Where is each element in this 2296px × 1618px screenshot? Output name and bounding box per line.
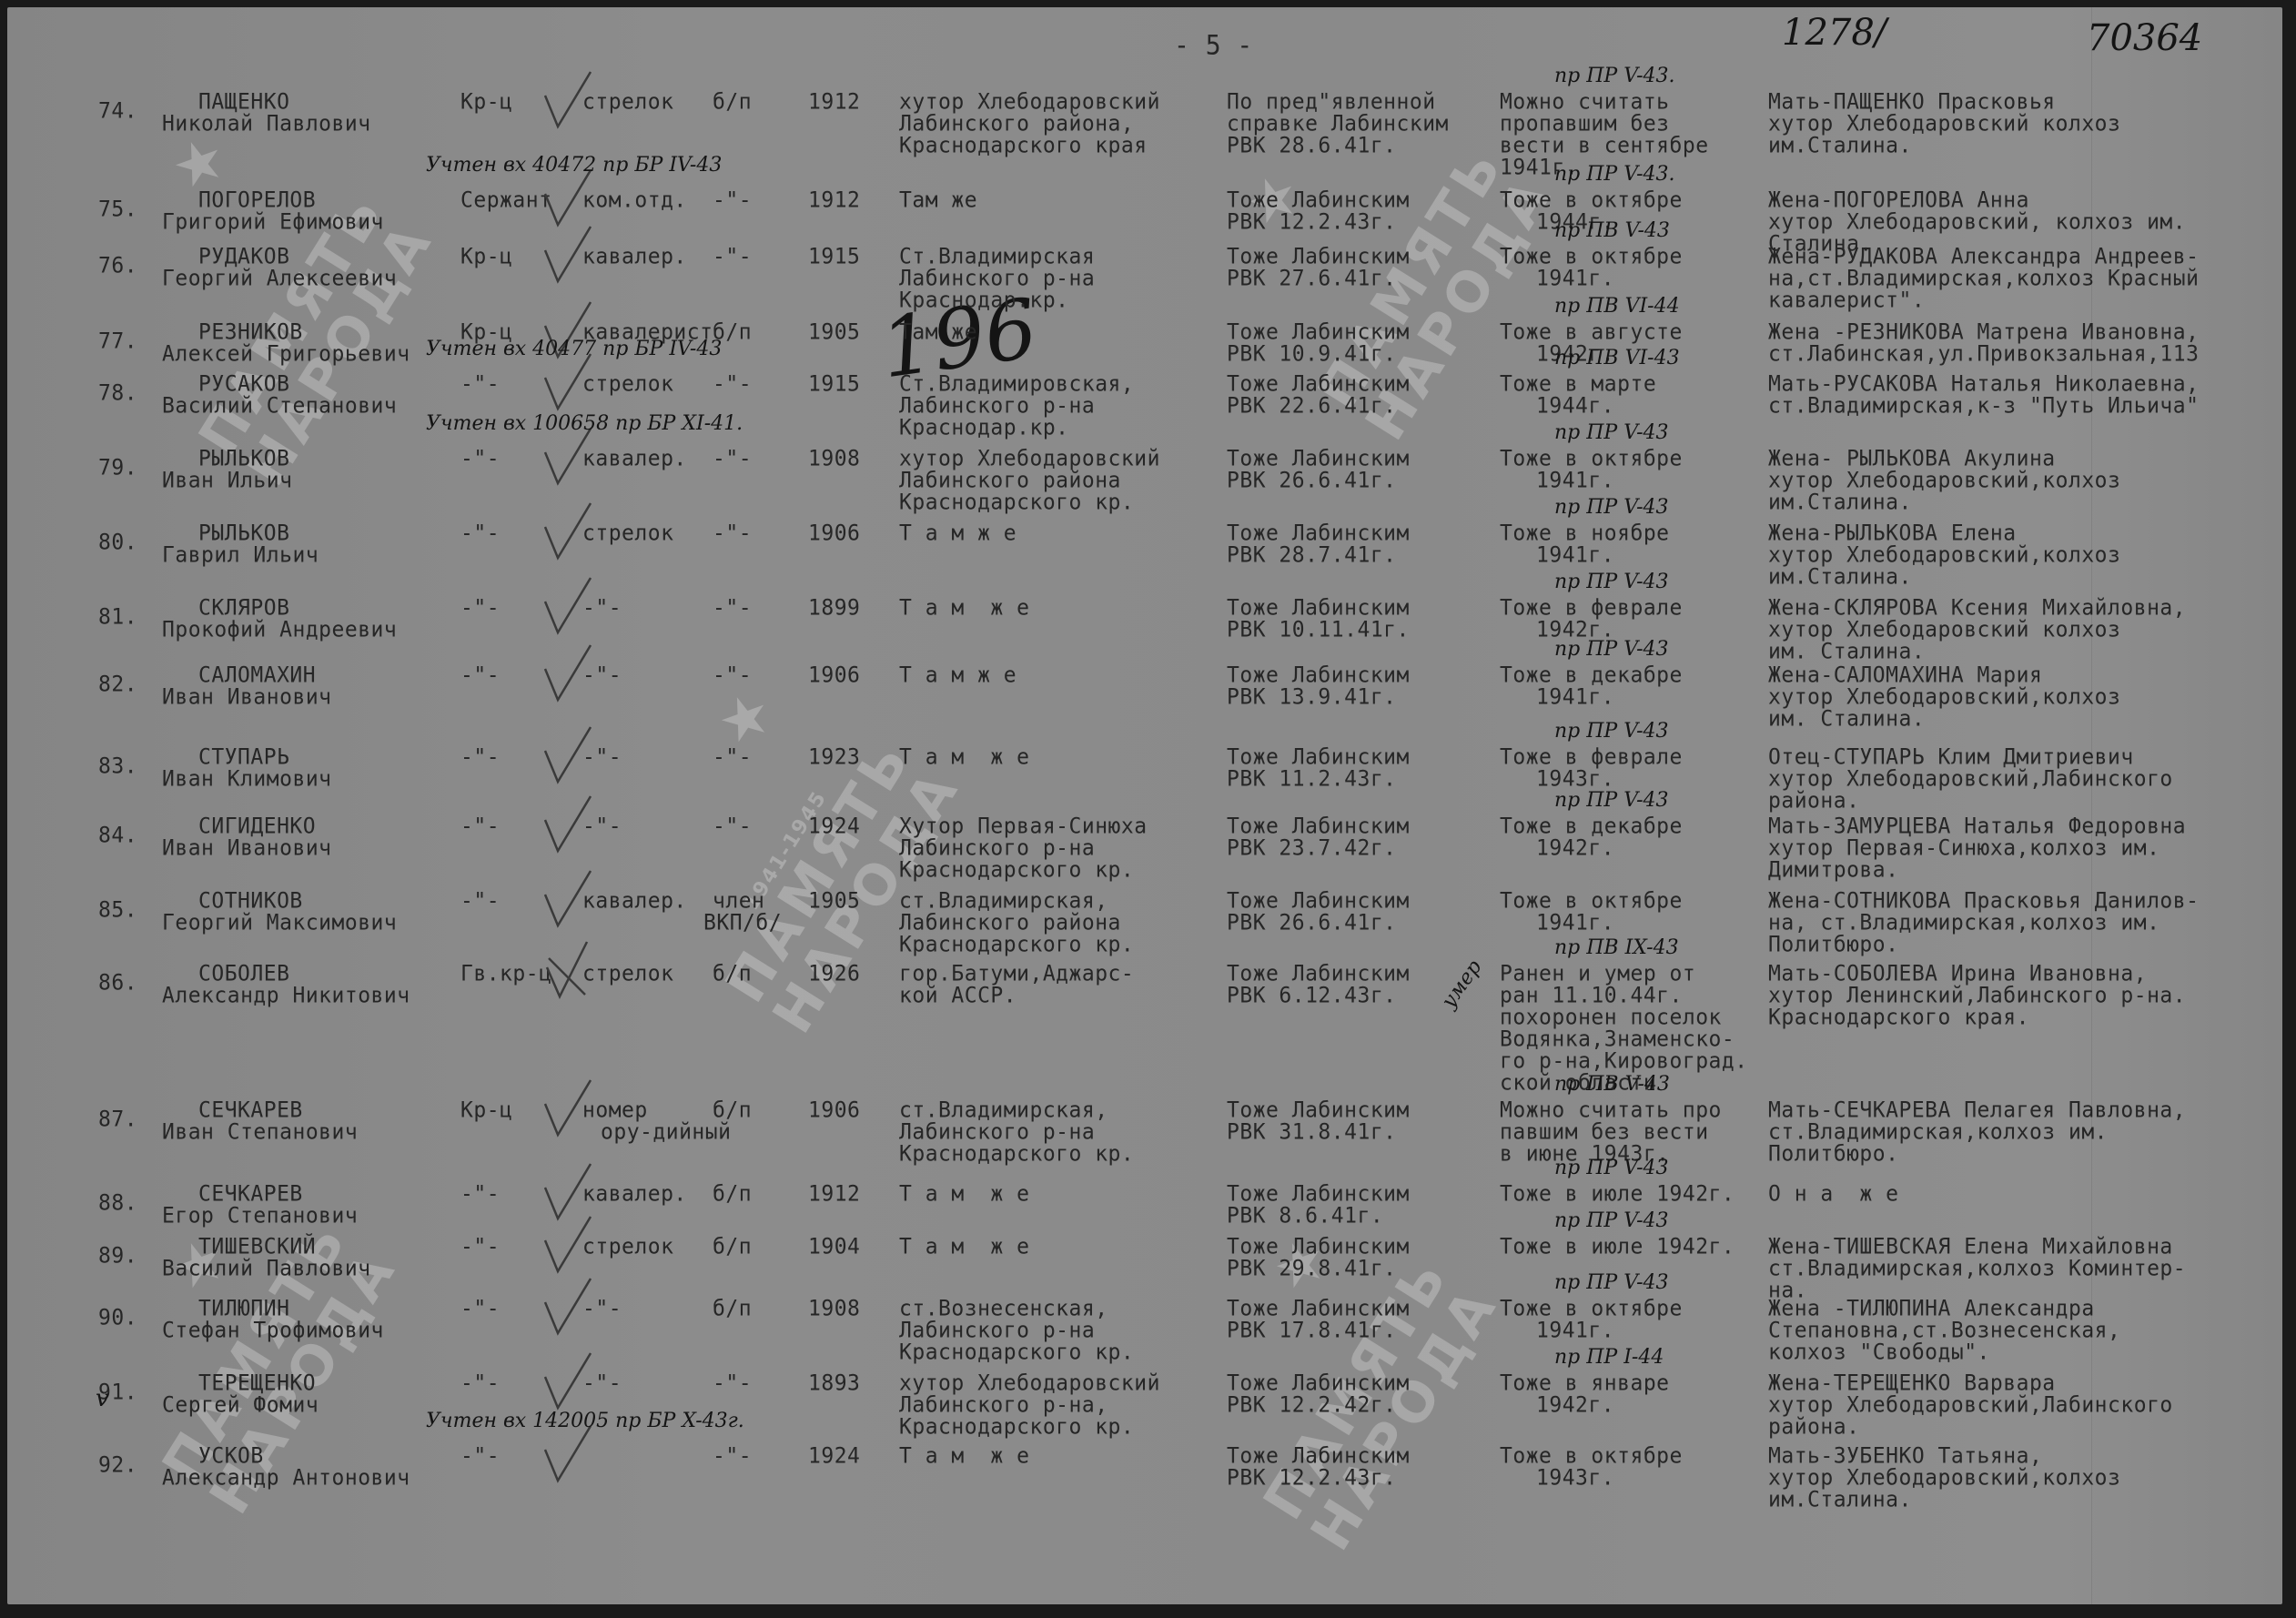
first-name-patronymic: Гаврил Ильич <box>162 543 319 566</box>
fate-line: Тоже в марте <box>1500 372 1656 395</box>
first-name-patronymic: Иван Ильич <box>162 469 292 491</box>
relative-line: Краснодарского края. <box>1768 1006 2029 1028</box>
position: кавалер. <box>582 1182 687 1205</box>
relative-line: Степановна,ст.Вознесенская, <box>1768 1319 2120 1341</box>
row-note: Учтен вх 100658 пр БР XI-41. <box>426 411 743 437</box>
birth-year: 1906 <box>808 521 860 544</box>
position: номер <box>582 1098 648 1121</box>
row-number: 83. <box>98 754 137 777</box>
rank: -"- <box>460 447 500 470</box>
drafted-line: Тоже Лабинским <box>1227 521 1410 544</box>
party: -"- <box>713 1444 752 1467</box>
relative-line: им. Сталина. <box>1768 707 1925 730</box>
relative-line: хутор Первая-Синюха,колхоз им. <box>1768 836 2159 859</box>
party-cont: ВКП/б/ <box>703 911 782 934</box>
drafted-line: справке Лабинским <box>1227 112 1449 135</box>
drafted-line: РВК 23.7.42г. <box>1227 836 1397 859</box>
birthplace-line: Хутор Первая-Синюха <box>899 814 1148 837</box>
first-name-patronymic: Георгий Максимович <box>162 911 397 934</box>
surname: РЫЛЬКОВ <box>198 521 289 544</box>
birth-year: 1893 <box>808 1371 860 1394</box>
birthplace-line: Т а м ж е <box>899 1182 1029 1205</box>
fate-line: 1941г. <box>1536 469 1614 491</box>
drafted-line: РВК 10.9.41г. <box>1227 342 1397 365</box>
relative-line: хутор Хлебодаровский колхоз <box>1768 112 2120 135</box>
row-number: 89. <box>98 1244 137 1267</box>
birth-year: 1899 <box>808 596 860 619</box>
row-number: 78. <box>98 381 137 404</box>
drafted-line: РВК 8.6.41г. <box>1227 1204 1383 1227</box>
relative-line: им.Сталина. <box>1768 134 1912 157</box>
relative-line: Мать-ПАЩЕНКО Прасковья <box>1768 90 2056 113</box>
surname: ТИЛЮПИН <box>198 1297 289 1320</box>
drafted-line: РВК 28.6.41г. <box>1227 134 1397 157</box>
relative-line: района. <box>1768 789 1859 812</box>
fate-line: похоронен поселок <box>1500 1006 1722 1028</box>
birthplace-line: гор.Батуми,Аджарс- <box>899 962 1134 985</box>
birthplace-line: Краснодарского кр. <box>899 490 1134 513</box>
drafted-line: Тоже Лабинским <box>1227 372 1410 395</box>
party: б/п <box>713 1235 752 1258</box>
relative-line: хутор Хлебодаровский,колхоз <box>1768 685 2120 708</box>
relative-line: Жена-РУДАКОВА Александра Андреев- <box>1768 245 2199 268</box>
rank: -"- <box>460 1235 500 1258</box>
relative-line: хутор Хлебодаровский колхоз <box>1768 618 2120 641</box>
drafted-line: Тоже Лабинским <box>1227 962 1410 985</box>
row-number: 81. <box>98 605 137 628</box>
fate-note: пр ПР V-43 <box>1554 1270 1669 1296</box>
fate-line: Тоже в октябре <box>1500 245 1683 268</box>
fate-line: 1941г. <box>1536 543 1614 566</box>
fate-line: Тоже в августе <box>1500 320 1683 343</box>
surname: ТИШЕВСКИЙ <box>198 1235 316 1258</box>
fate-line: Тоже в октябре <box>1500 188 1683 211</box>
row-number: 92. <box>98 1453 137 1476</box>
drafted-line: Тоже Лабинским <box>1227 889 1410 912</box>
relative-line: хутор Ленинский,Лабинского р-на. <box>1768 984 2186 1006</box>
party: -"- <box>713 663 752 686</box>
birthplace-line: ст.Владимирская, <box>899 1098 1108 1121</box>
fate-note: пр ПР V-43 <box>1554 1208 1669 1234</box>
birth-year: 1906 <box>808 663 860 686</box>
rank: -"- <box>460 1297 500 1320</box>
surname: СОТНИКОВ <box>198 889 303 912</box>
drafted-line: Тоже Лабинским <box>1227 1098 1410 1121</box>
drafted-line: РВК 22.6.41г. <box>1227 394 1397 417</box>
fate-line: Тоже в январе <box>1500 1371 1670 1394</box>
relative-line: Жена-САЛОМАХИНА Мария <box>1768 663 2042 686</box>
relative-line: Политбюро. <box>1768 933 1898 956</box>
birth-year: 1923 <box>808 745 860 768</box>
row-number: 77. <box>98 329 137 352</box>
fate-note: пр ПР I-44 <box>1554 1345 1664 1370</box>
first-name-patronymic: Иван Степанович <box>162 1120 358 1143</box>
fate-line: Тоже в ноябре <box>1500 521 1670 544</box>
drafted-line: РВК 12.2.43г. <box>1227 210 1397 233</box>
fate-line: 1941г. <box>1536 267 1614 289</box>
rank: -"- <box>460 814 500 837</box>
archive-number-1: 1278/ <box>1782 20 1886 46</box>
document-page: - 5 - 1278/ 70364 196 ★ ПАМЯТЬНАРОДА ★ П… <box>7 7 2282 1604</box>
birth-year: 1912 <box>808 90 860 113</box>
surname: СЕЧКАРЕВ <box>198 1098 303 1121</box>
fate-line: Ранен и умер от <box>1500 962 1695 985</box>
drafted-line: РВК 10.11.41г. <box>1227 618 1410 641</box>
first-name-patronymic: Алексей Григорьевич <box>162 342 410 365</box>
drafted-line: По пред"явленной <box>1227 90 1436 113</box>
relative-line: хутор Хлебодаровский,колхоз <box>1768 469 2120 491</box>
birth-year: 1906 <box>808 1098 860 1121</box>
birthplace-line: Там же <box>899 320 977 343</box>
fate-note: пр ПР V-43 <box>1554 719 1669 744</box>
drafted-line: РВК 26.6.41г. <box>1227 911 1397 934</box>
party: б/п <box>713 1098 752 1121</box>
position: стрелок <box>582 90 673 113</box>
drafted-line: РВК 27.6.41г. <box>1227 267 1397 289</box>
fate-line: павшим без вести <box>1500 1120 1709 1143</box>
surname: САЛОМАХИН <box>198 663 316 686</box>
fate-note: пр ПВ IX-43 <box>1554 935 1679 961</box>
relative-line: района. <box>1768 1415 1859 1438</box>
relative-line: хутор Хлебодаровский,Лабинского <box>1768 1393 2173 1416</box>
first-name-patronymic: Стефан Трофимович <box>162 1319 384 1341</box>
party: б/п <box>713 90 752 113</box>
fate-note: пр ПР V-43 <box>1554 570 1669 595</box>
position: кавалер. <box>582 245 687 268</box>
relative-line: Мать-СЕЧКАРЕВА Пелагея Павловна, <box>1768 1098 2186 1121</box>
birth-year: 1908 <box>808 1297 860 1320</box>
row-note: Учтен вх 142005 пр БР X-43г. <box>426 1409 744 1434</box>
drafted-line: РВК 13.9.41г. <box>1227 685 1397 708</box>
relative-line: им. Сталина. <box>1768 640 1925 662</box>
birthplace-line: Т а м ж е <box>899 1444 1029 1467</box>
party: -"- <box>713 596 752 619</box>
first-name-patronymic: Георгий Алексеевич <box>162 267 397 289</box>
relative-line: на,ст.Владимирская,колхоз Красный <box>1768 267 2199 289</box>
relative-line: хутор Хлебодаровский,колхоз <box>1768 1466 2120 1489</box>
fate-line: вести в сентябре <box>1500 134 1709 157</box>
fate-line: пропавшим без <box>1500 112 1670 135</box>
drafted-line: Тоже Лабинским <box>1227 1235 1410 1258</box>
fate-line: Тоже в июле 1942г. <box>1500 1182 1735 1205</box>
birthplace-line: Лабинского р-на <box>899 394 1095 417</box>
relative-line: Мать-РУСАКОВА Наталья Николаевна, <box>1768 372 2199 395</box>
surname: СТУПАРЬ <box>198 745 289 768</box>
relative-line: Жена-СОТНИКОВА Прасковья Данилов- <box>1768 889 2199 912</box>
fate-line: Тоже в июле 1942г. <box>1500 1235 1735 1258</box>
birth-year: 1924 <box>808 814 860 837</box>
birthplace-line: Т а м ж е <box>899 745 1029 768</box>
birth-year: 1905 <box>808 320 860 343</box>
row-number: 87. <box>98 1107 137 1130</box>
drafted-line: РВК 17.8.41г. <box>1227 1319 1397 1341</box>
first-name-patronymic: Василий Павлович <box>162 1257 371 1279</box>
party: -"- <box>713 245 752 268</box>
surname: ПОГОРЕЛОВ <box>198 188 316 211</box>
relative-line: колхоз "Свободы". <box>1768 1340 1990 1363</box>
position: -"- <box>582 1297 622 1320</box>
fate-line: Тоже в октябре <box>1500 889 1683 912</box>
row-note: Учтен вх 40472 пр БР IV-43 <box>426 153 722 178</box>
fate-line: Водянка,Знаменско- <box>1500 1027 1735 1050</box>
relative-line: хутор Хлебодаровский,колхоз <box>1768 543 2120 566</box>
rank: -"- <box>460 1182 500 1205</box>
drafted-line: Тоже Лабинским <box>1227 1297 1410 1320</box>
rank: -"- <box>460 521 500 544</box>
drafted-line: Тоже Лабинским <box>1227 1182 1410 1205</box>
drafted-line: Тоже Лабинским <box>1227 596 1410 619</box>
birthplace-line: Краснодарского кр. <box>899 1415 1134 1438</box>
birth-year: 1915 <box>808 245 860 268</box>
row-number: 75. <box>98 197 137 220</box>
rank: Сержант <box>460 188 551 211</box>
fate-note: пр ПВ V-43 <box>1554 1072 1670 1097</box>
drafted-line: РВК 12.2.42г. <box>1227 1393 1397 1416</box>
birthplace-line: Краснодарского кр. <box>899 1340 1134 1363</box>
fate-line: 1942г. <box>1536 1393 1614 1416</box>
fate-note: пр ПВ V-43 <box>1554 218 1670 244</box>
relative-line: Димитрова. <box>1768 858 1898 881</box>
birth-year: 1912 <box>808 1182 860 1205</box>
position: стрелок <box>582 1235 673 1258</box>
rank: -"- <box>460 663 500 686</box>
fate-line: го р-на,Кировоград. <box>1500 1049 1748 1072</box>
fate-line: ран 11.10.44г. <box>1500 984 1683 1006</box>
relative-line: Отец-СТУПАРЬ Клим Дмитриевич <box>1768 745 2134 768</box>
fate-line: Тоже в декабре <box>1500 663 1683 686</box>
fate-line: Тоже в декабре <box>1500 814 1683 837</box>
first-name-patronymic: Иван Климович <box>162 767 332 790</box>
fate-note: пр ПР V-43 <box>1554 495 1669 521</box>
drafted-line: Тоже Лабинским <box>1227 814 1410 837</box>
surname: ТЕРЕЩЕНКО <box>198 1371 316 1394</box>
position: -"- <box>582 745 622 768</box>
position: ком.отд. <box>582 188 687 211</box>
birthplace-line: Краснодар.кр. <box>899 416 1069 439</box>
rank: Кр-ц <box>460 245 512 268</box>
party: -"- <box>713 188 752 211</box>
birth-year: 1926 <box>808 962 860 985</box>
relative-line: хутор Хлебодаровский, колхоз им. <box>1768 210 2186 233</box>
drafted-line: Тоже Лабинским <box>1227 1371 1410 1394</box>
drafted-line: РВК 31.8.41г. <box>1227 1120 1397 1143</box>
first-name-patronymic: Егор Степанович <box>162 1204 358 1227</box>
position: кавалер. <box>582 889 687 912</box>
birthplace-line: Лабинского района <box>899 469 1121 491</box>
position-cont: ору-дийный <box>601 1120 731 1143</box>
first-name-patronymic: Прокофий Андреевич <box>162 618 397 641</box>
archive-number-2: 70364 <box>2087 25 2202 51</box>
row-number: 88. <box>98 1191 137 1214</box>
birthplace-line: Ст.Владимирская <box>899 245 1095 268</box>
position: стрелок <box>582 372 673 395</box>
position: кавалер. <box>582 447 687 470</box>
row-91-mark: v <box>96 1386 109 1411</box>
relative-line: ст.Владимирская,к-з "Путь Ильича" <box>1768 394 2199 417</box>
birthplace-line: хутор Хлебодаровский <box>899 1371 1160 1394</box>
drafted-line: Тоже Лабинским <box>1227 1444 1410 1467</box>
birthplace-line: Краснодарского кр. <box>899 858 1134 881</box>
party: б/п <box>713 1297 752 1320</box>
fate-line: Можно считать <box>1500 90 1670 113</box>
relative-line: Жена -РЕЗНИКОВА Матрена Ивановна, <box>1768 320 2199 343</box>
birthplace-line: Лабинского р-на <box>899 836 1095 859</box>
row-number: 82. <box>98 672 137 695</box>
fate-note: пр ПВ VI-43 <box>1554 346 1680 371</box>
row-number: 85. <box>98 898 137 921</box>
party: -"- <box>713 814 752 837</box>
birthplace-line: хутор Хлебодаровский <box>899 447 1160 470</box>
row-number: 90. <box>98 1306 137 1329</box>
fate-line: Тоже в феврале <box>1500 596 1683 619</box>
birthplace-line: ст.Вознесенская, <box>899 1297 1108 1320</box>
first-name-patronymic: Николай Павлович <box>162 112 371 135</box>
first-name-patronymic: Иван Иванович <box>162 685 332 708</box>
fate-line: 1944г. <box>1536 394 1614 417</box>
relative-line: Мать-ЗАМУРЦЕВА Наталья Федоровна <box>1768 814 2186 837</box>
relative-line: Жена-СКЛЯРОВА Ксения Михайловна, <box>1768 596 2186 619</box>
position: -"- <box>582 596 622 619</box>
fate-note: пр ПР V-43 <box>1554 1156 1669 1181</box>
rank: -"- <box>460 596 500 619</box>
relative-line: Жена-РЫЛЬКОВА Елена <box>1768 521 2017 544</box>
surname: УСКОВ <box>198 1444 264 1467</box>
birthplace-line: Лабинского р-на <box>899 1319 1095 1341</box>
rank: Кр-ц <box>460 1098 512 1121</box>
fate-line: 1941г. <box>1536 1319 1614 1341</box>
birth-year: 1904 <box>808 1235 860 1258</box>
position: стрелок <box>582 962 673 985</box>
relative-line: Мать-СОБОЛЕВА Ирина Ивановна, <box>1768 962 2147 985</box>
surname: РЕЗНИКОВ <box>198 320 303 343</box>
birthplace-line: Лабинского р-на, <box>899 1393 1108 1416</box>
birth-year: 1924 <box>808 1444 860 1467</box>
row-note: Учтен вх 40477 пр БР IV-43 <box>426 337 722 362</box>
party: -"- <box>713 745 752 768</box>
relative-line: Жена-ТЕРЕЩЕНКО Варвара <box>1768 1371 2056 1394</box>
fate-line: 1942г. <box>1536 836 1614 859</box>
birthplace-line: Т а м ж е <box>899 521 1017 544</box>
relative-line: им.Сталина. <box>1768 565 1912 588</box>
drafted-line: РВК 28.7.41г. <box>1227 543 1397 566</box>
first-name-patronymic: Сергей Фомич <box>162 1393 319 1416</box>
fate-note: пр ПР V-43 <box>1554 788 1669 814</box>
drafted-line: Тоже Лабинским <box>1227 663 1410 686</box>
birth-year: 1915 <box>808 372 860 395</box>
row-number: 76. <box>98 254 137 277</box>
surname: ПАЩЕНКО <box>198 90 289 113</box>
birthplace-line: Краснодар.кр. <box>899 288 1069 311</box>
relative-line: ст.Лабинская,ул.Привокзальная,113 <box>1768 342 2199 365</box>
birthplace-line: кой АССР. <box>899 984 1017 1006</box>
birthplace-line: Лабинского р-на <box>899 267 1095 289</box>
fate-line: 1941г. <box>1536 685 1614 708</box>
drafted-line: Тоже Лабинским <box>1227 188 1410 211</box>
fate-line: Тоже в октябре <box>1500 1444 1683 1467</box>
surname: СКЛЯРОВ <box>198 596 289 619</box>
relative-line: им.Сталина. <box>1768 1488 1912 1511</box>
relative-line: О н а ж е <box>1768 1182 1898 1205</box>
party: б/п <box>713 962 752 985</box>
first-name-patronymic: Александр Никитович <box>162 984 410 1006</box>
rank: Кр-ц <box>460 90 512 113</box>
fate-note: пр ПВ VI-44 <box>1554 294 1680 319</box>
drafted-line: Тоже Лабинским <box>1227 745 1410 768</box>
drafted-line: РВК 12.2.43г. <box>1227 1466 1397 1489</box>
fate-note: пр ПР V-43. <box>1554 64 1675 89</box>
birthplace-line: Т а м ж е <box>899 663 1017 686</box>
relative-line: Политбюро. <box>1768 1142 1898 1165</box>
birthplace-line: Т а м ж е <box>899 1235 1029 1258</box>
fate-note: пр ПР V-43 <box>1554 420 1669 446</box>
first-name-patronymic: Александр Антонович <box>162 1466 410 1489</box>
rank: -"- <box>460 1444 500 1467</box>
surname: СИГИДЕНКО <box>198 814 316 837</box>
fate-line: 1943г. <box>1536 1466 1614 1489</box>
relative-line: ст.Владимирская,колхоз им. <box>1768 1120 2108 1143</box>
drafted-line: РВК 11.2.43г. <box>1227 767 1397 790</box>
drafted-line: РВК 29.8.41г. <box>1227 1257 1397 1279</box>
surname: СЕЧКАРЕВ <box>198 1182 303 1205</box>
rank: -"- <box>460 1371 500 1394</box>
row-number: 84. <box>98 824 137 846</box>
birthplace-line: Там же <box>899 188 977 211</box>
party: -"- <box>713 372 752 395</box>
relative-line: Жена- РЫЛЬКОВА Акулина <box>1768 447 2056 470</box>
position: -"- <box>582 814 622 837</box>
birthplace-line: Лабинского р-на <box>899 1120 1095 1143</box>
birthplace-line: Т а м ж е <box>899 596 1029 619</box>
position: -"- <box>582 1371 622 1394</box>
fate-note: пр ПР V-43. <box>1554 162 1675 187</box>
first-name-patronymic: Василий Степанович <box>162 394 397 417</box>
party: -"- <box>713 447 752 470</box>
first-name-patronymic: Григорий Ефимович <box>162 210 384 233</box>
row-number: 86. <box>98 971 137 994</box>
surname: РУДАКОВ <box>198 245 289 268</box>
relative-line: хутор Хлебодаровский,Лабинского <box>1768 767 2173 790</box>
relative-line: им.Сталина. <box>1768 490 1912 513</box>
fate-note: пр ПР V-43 <box>1554 637 1669 662</box>
relative-line: Жена-ПОГОРЕЛОВА Анна <box>1768 188 2029 211</box>
drafted-line: РВК 26.6.41г. <box>1227 469 1397 491</box>
fate-line: 1941г. <box>1536 911 1614 934</box>
party: -"- <box>713 521 752 544</box>
birthplace-line: Лабинского района, <box>899 112 1134 135</box>
relative-line: на, ст.Владимирская,колхоз им. <box>1768 911 2159 934</box>
fate-line: 1943г. <box>1536 767 1614 790</box>
party: б/п <box>713 1182 752 1205</box>
drafted-line: Тоже Лабинским <box>1227 320 1410 343</box>
position: стрелок <box>582 521 673 544</box>
birthplace-line: Краснодарского кр. <box>899 933 1134 956</box>
first-name-patronymic: Иван Иванович <box>162 836 332 859</box>
fate-line: Можно считать про <box>1500 1098 1722 1121</box>
birthplace-line: хутор Хлебодаровский <box>899 90 1160 113</box>
rank: Гв.кр-ц <box>460 962 551 985</box>
fate-line: Тоже в октябре <box>1500 447 1683 470</box>
birth-year: 1908 <box>808 447 860 470</box>
relative-line: Жена -ТИЛЮПИНА Александра <box>1768 1297 2095 1320</box>
row-number: 74. <box>98 99 137 122</box>
rank: -"- <box>460 745 500 768</box>
fate-line: Тоже в феврале <box>1500 745 1683 768</box>
fate-line: Тоже в октябре <box>1500 1297 1683 1320</box>
birth-year: 1912 <box>808 188 860 211</box>
page-number: - 5 - <box>1174 34 1253 56</box>
surname: РУСАКОВ <box>198 372 289 395</box>
rank: -"- <box>460 372 500 395</box>
